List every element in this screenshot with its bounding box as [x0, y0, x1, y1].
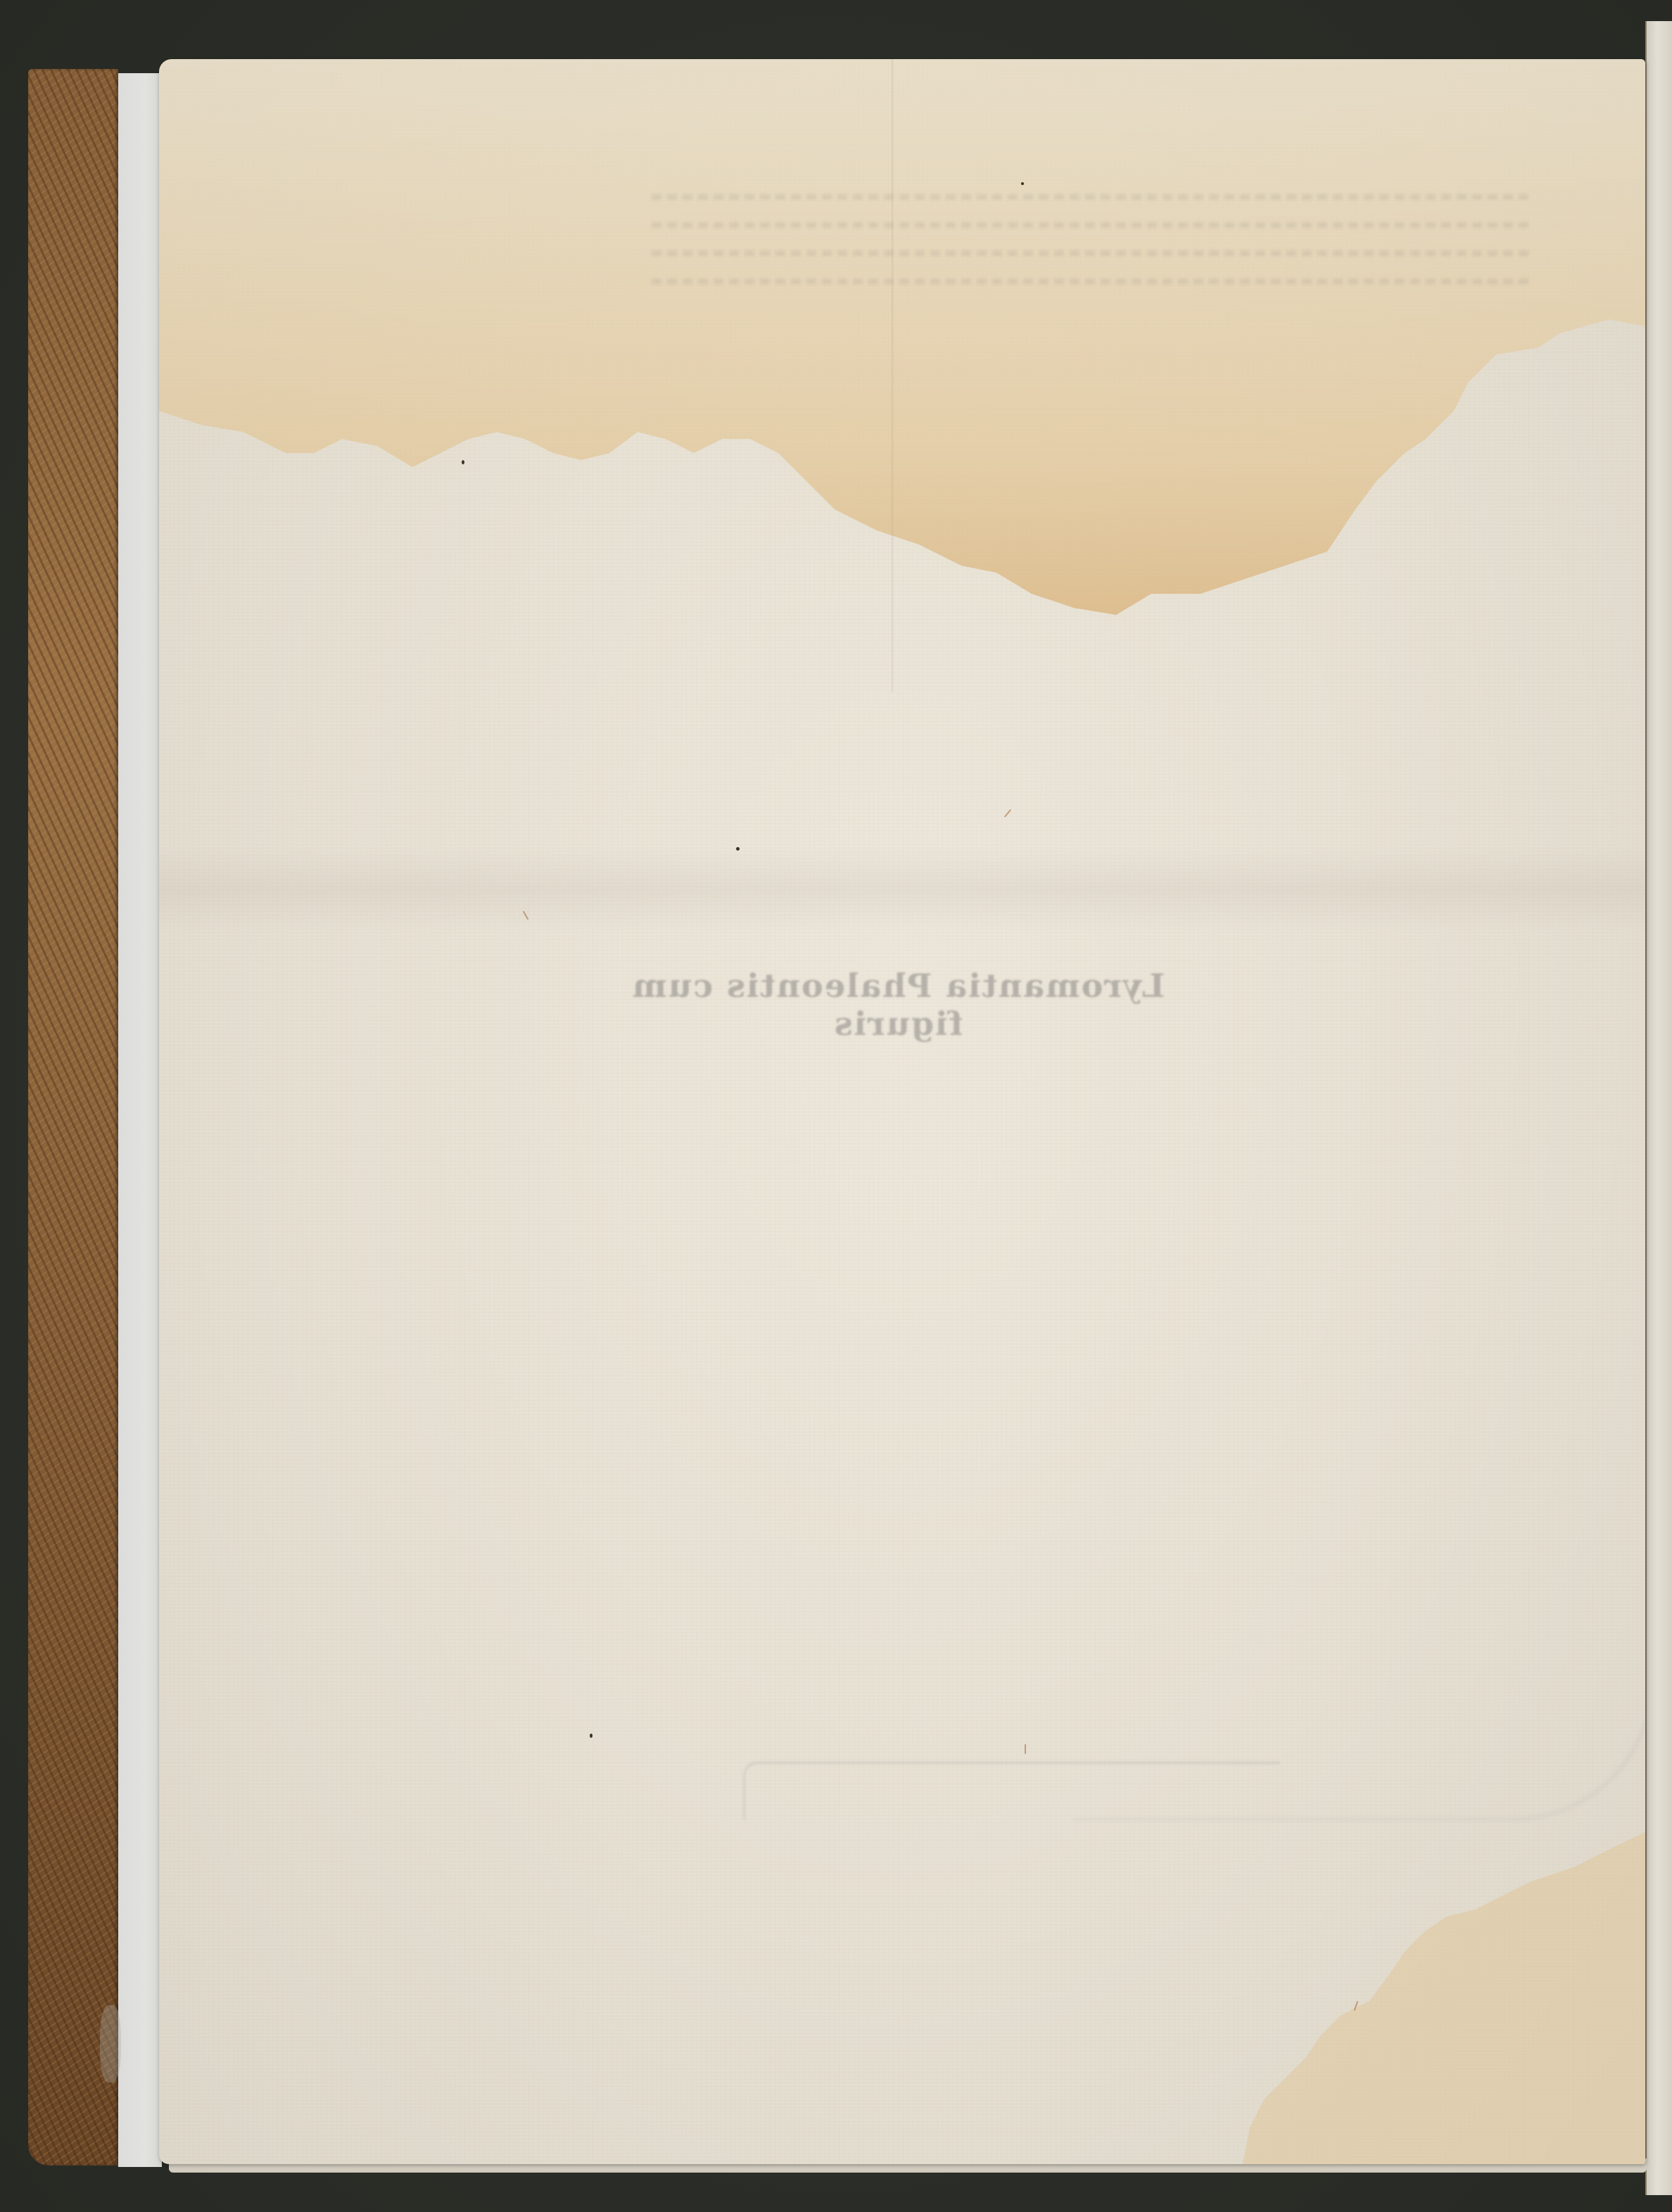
ink-speck [1021, 182, 1024, 185]
fold-crease-vertical [891, 59, 894, 692]
water-stain-bottom-right [1179, 1804, 1645, 2164]
show-through-text-block-upper [652, 172, 1531, 369]
show-through-title: Lyromantia Phaleontis cum figuris [609, 967, 1186, 1043]
show-through-frame-line [743, 1762, 1280, 1820]
ink-speck [590, 1734, 593, 1738]
fold-crease-horizontal [159, 847, 1645, 932]
leather-binding-strip [28, 69, 118, 2166]
next-leaves-edge [1645, 21, 1672, 2195]
ink-speck [736, 847, 740, 851]
book-page: Lyromantia Phaleontis cum figuris [159, 59, 1645, 2164]
scan-scene: Lyromantia Phaleontis cum figuris [0, 0, 1672, 2212]
show-through-figure-outline [1074, 1396, 1645, 1821]
paper-fiber [1025, 1744, 1026, 1754]
endpaper-stain [100, 2005, 121, 2083]
ink-speck [462, 460, 464, 464]
endpaper-strip [118, 73, 162, 2167]
paper-fiber [1004, 809, 1012, 818]
